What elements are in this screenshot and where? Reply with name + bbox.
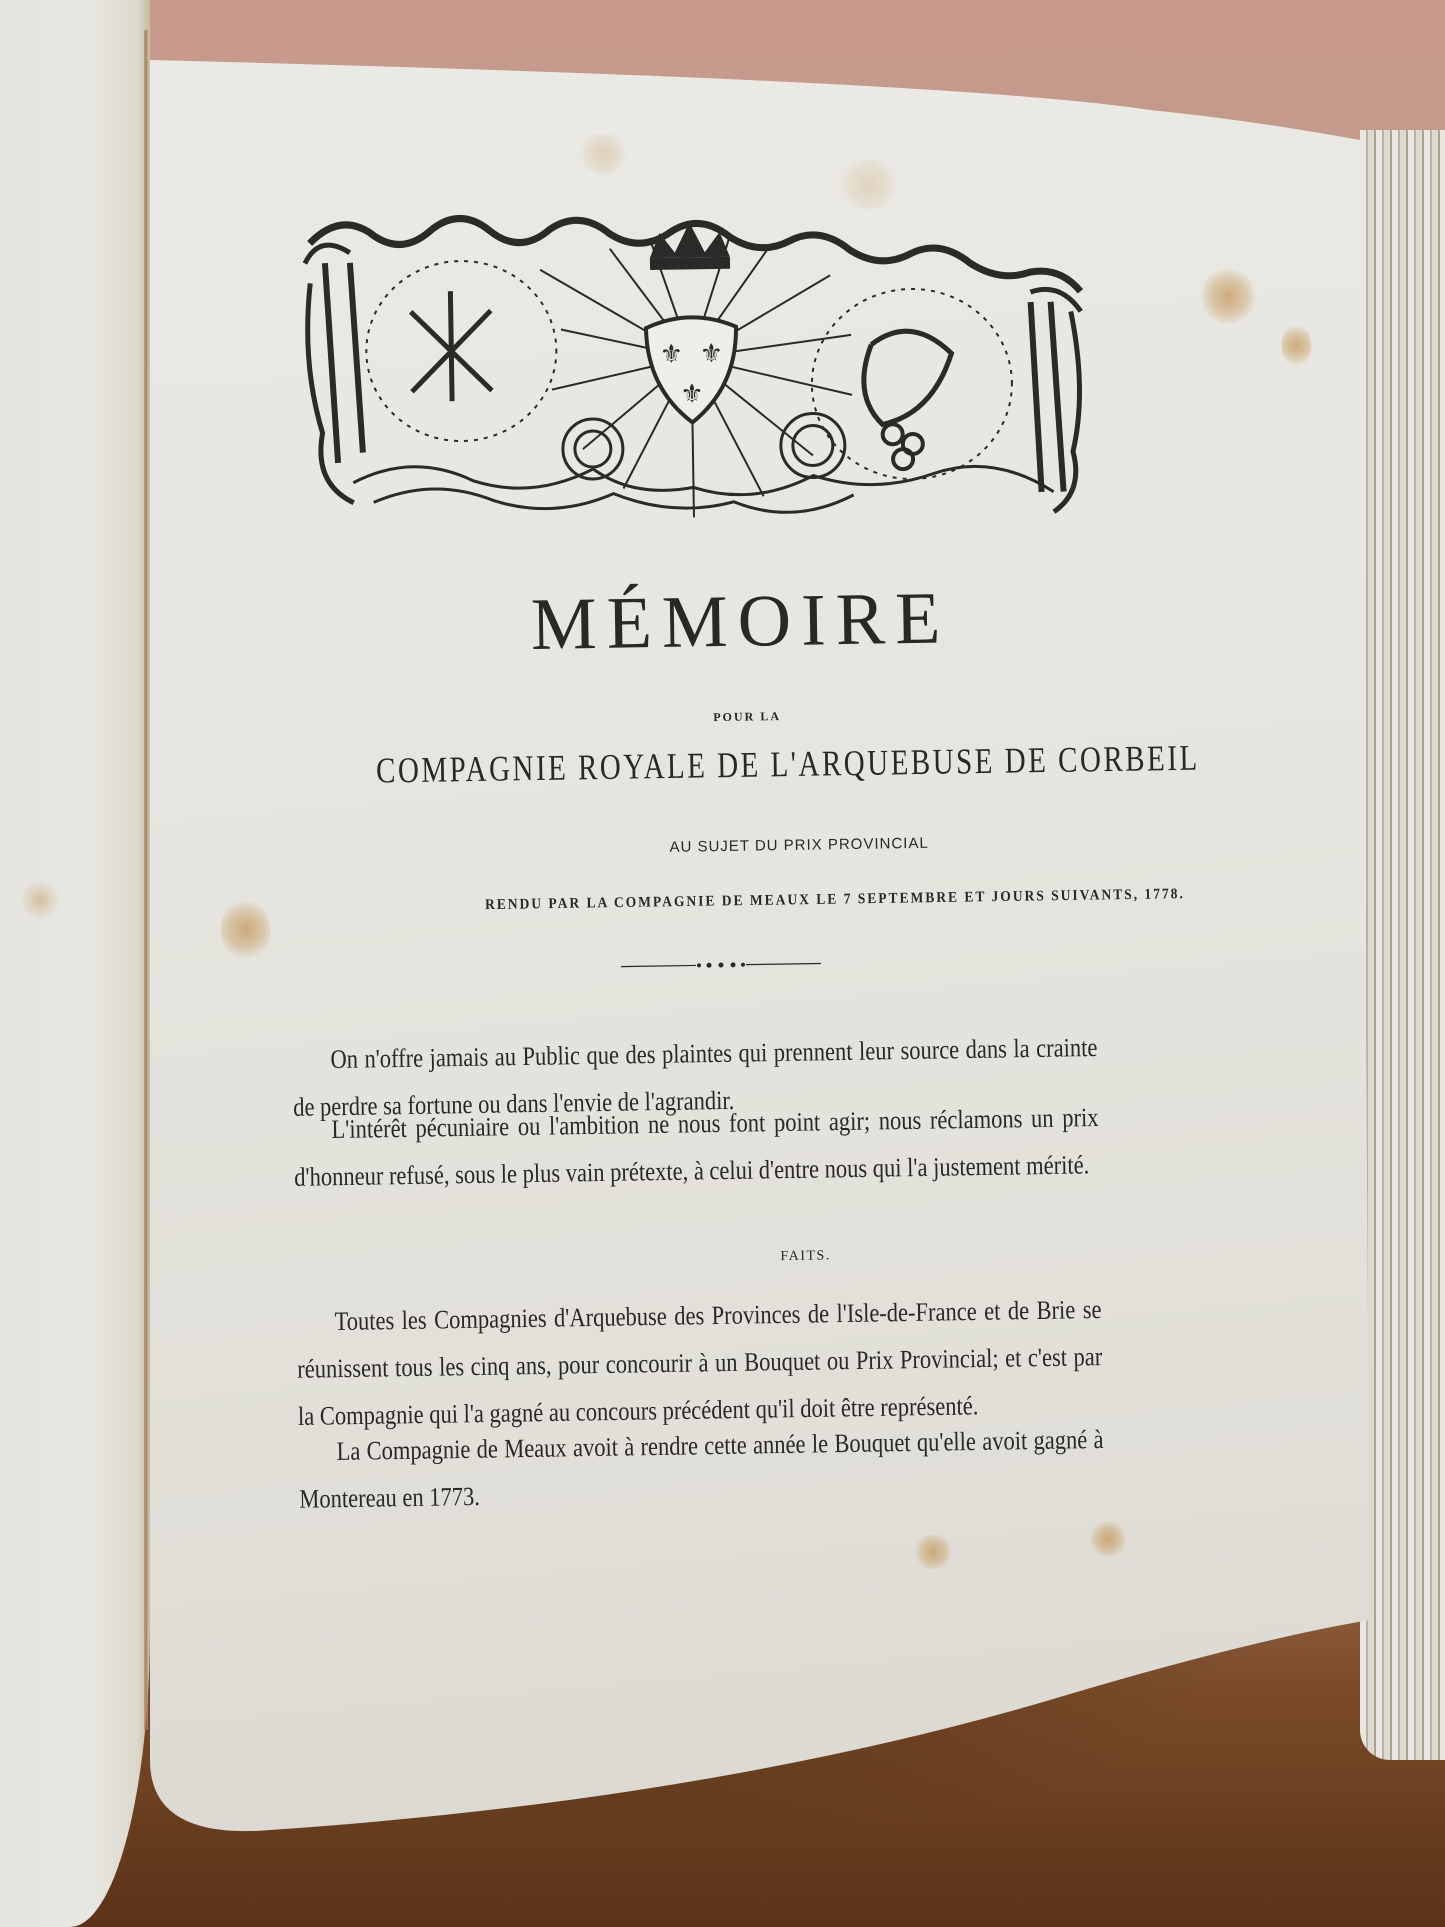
headpiece-engraving: ⚜ ⚜ ⚜ <box>289 191 1094 544</box>
foxing-spot <box>1090 1521 1127 1558</box>
foxing-spot <box>1200 269 1256 325</box>
book-gutter <box>144 30 148 1730</box>
ornamental-rule-divider <box>621 958 821 971</box>
page-content: ⚜ ⚜ ⚜ MÉMOIRE POUR LA COMPAGNIE ROYALE D… <box>136 0 1395 1871</box>
photo-scene: ⚜ ⚜ ⚜ MÉMOIRE POUR LA COMPAGNIE ROYALE D… <box>0 0 1445 1927</box>
paragraph-text: L'intérêt pécuniaire ou l'ambition ne no… <box>293 1094 1099 1201</box>
paragraph: La Compagnie de Meaux avoit à rendre cet… <box>298 1416 1104 1523</box>
paragraph: L'intérêt pécuniaire ou l'ambition ne no… <box>293 1094 1099 1201</box>
rendu-line: RENDU PAR LA COMPAGNIE DE MEAUX LE 7 SEP… <box>220 881 1445 918</box>
svg-text:⚜: ⚜ <box>700 339 724 369</box>
pour-la-label: POUR LA <box>132 700 1362 734</box>
left-facing-page <box>0 0 150 1927</box>
foxing-spot <box>20 880 60 920</box>
foxing-spot <box>1281 323 1312 368</box>
document-title: MÉMOIRE <box>125 570 1356 674</box>
foxing-spot <box>578 133 629 174</box>
document-subject: COMPAGNIE ROYALE DE L'ARQUEBUSE DE CORBE… <box>173 735 1403 796</box>
svg-text:⚜: ⚜ <box>680 379 704 409</box>
book-fore-edge <box>1360 130 1445 1760</box>
section-heading: FAITS. <box>191 1239 1421 1274</box>
book-page: ⚜ ⚜ ⚜ MÉMOIRE POUR LA COMPAGNIE ROYALE D… <box>150 0 1380 1860</box>
foxing-spot <box>915 1533 952 1570</box>
paragraph-text: La Compagnie de Meaux avoit à rendre cet… <box>298 1416 1104 1523</box>
svg-text:⚜: ⚜ <box>660 340 684 370</box>
subject-line: AU SUJET DU PRIX PROVINCIAL <box>184 827 1414 863</box>
